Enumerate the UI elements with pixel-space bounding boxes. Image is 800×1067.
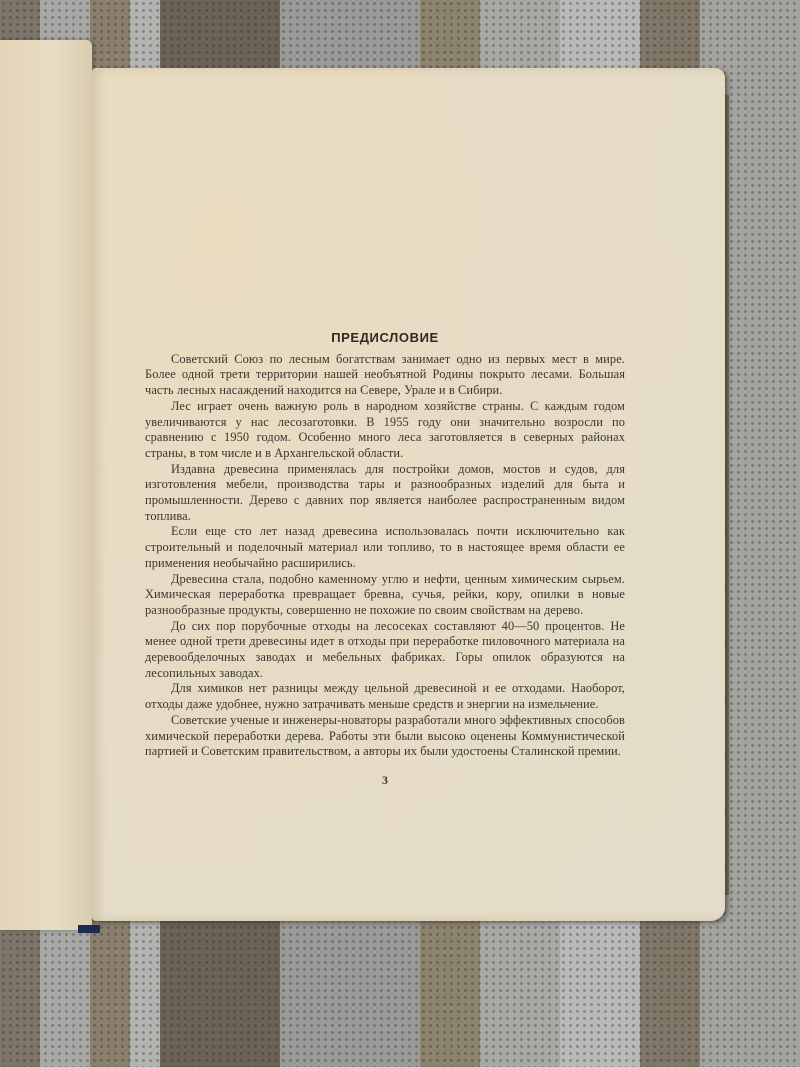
left-page <box>0 40 92 930</box>
paragraph: Советские ученые и инженеры-новаторы раз… <box>145 713 625 760</box>
paragraph: До сих пор порубочные отходы на лесосека… <box>145 619 625 682</box>
book-cover-edge <box>78 925 100 933</box>
book-page: ПРЕДИСЛОВИЕ Советский Союз по лесным бог… <box>92 68 725 921</box>
page-title: ПРЕДИСЛОВИЕ <box>145 330 625 346</box>
paragraph: Древесина стала, подобно каменному углю … <box>145 572 625 619</box>
paragraph: Лес играет очень важную роль в народном … <box>145 399 625 462</box>
page-number: 3 <box>145 773 625 789</box>
paragraph: Советский Союз по лесным богатствам зани… <box>145 352 625 399</box>
paragraph: Для химиков нет разницы между цельной др… <box>145 681 625 712</box>
page-content: ПРЕДИСЛОВИЕ Советский Союз по лесным бог… <box>145 330 625 789</box>
paragraph: Если еще сто лет назад древесина использ… <box>145 524 625 571</box>
paragraph: Издавна древесина применялась для постро… <box>145 462 625 525</box>
page-edge-shadow <box>725 95 729 895</box>
